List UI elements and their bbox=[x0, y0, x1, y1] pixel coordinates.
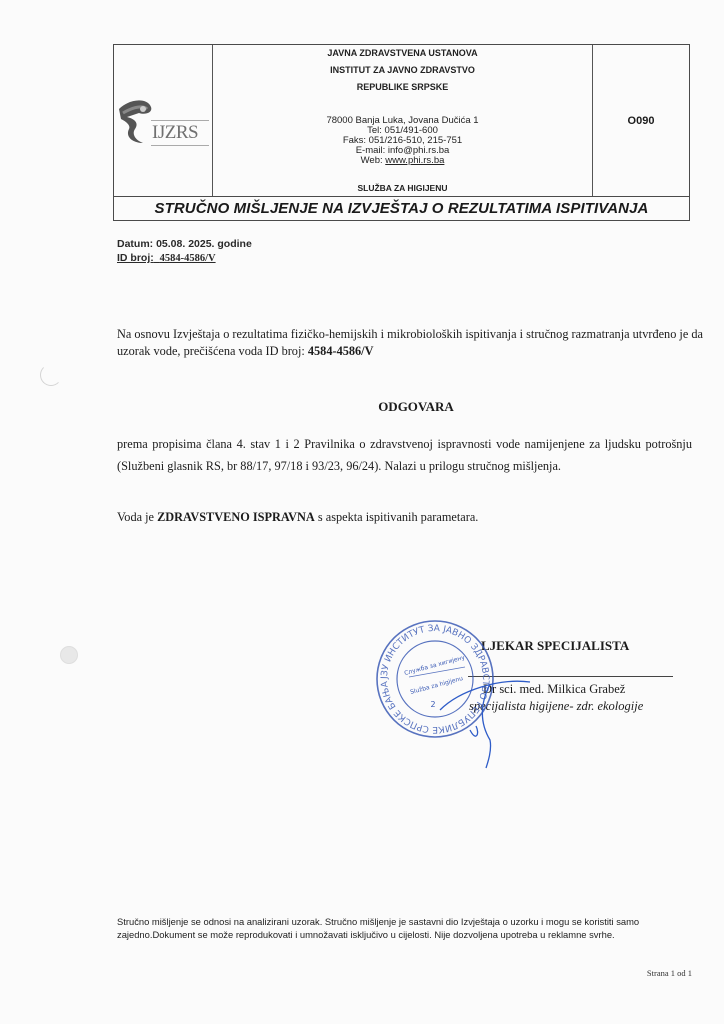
handwritten-signature-icon bbox=[430, 670, 540, 770]
punch-hole-mark bbox=[40, 364, 62, 386]
org-name-line2: INSTITUT ZA JAVNO ZDRAVSTVO bbox=[213, 65, 592, 75]
signatory-title: LJEKAR SPECIJALISTA bbox=[481, 638, 629, 654]
document-date: Datum: 05.08. 2025. godine bbox=[117, 237, 252, 251]
verdict: ODGOVARA bbox=[0, 399, 724, 415]
sample-id: 4584-4586/V bbox=[308, 344, 374, 358]
regulation-paragraph: prema propisima člana 4. stav 1 i 2 Prav… bbox=[117, 433, 692, 477]
document-id-value: 4584-4586/V bbox=[160, 253, 216, 264]
website: Web: www.phi.rs.ba bbox=[213, 156, 592, 166]
conclusion-paragraph: Voda je ZDRAVSTVENO ISPRAVNA s aspekta i… bbox=[117, 510, 478, 525]
footer-disclaimer: Stručno mišljenje se odnosi na analizira… bbox=[117, 916, 697, 941]
punch-hole-mark bbox=[60, 646, 78, 664]
document-title: STRUČNO MIŠLJENJE NA IZVJEŠTAJ O REZULTA… bbox=[114, 197, 689, 220]
org-name-line1: JAVNA ZDRAVSTVENA USTANOVA bbox=[213, 48, 592, 58]
page-number: Strana 1 od 1 bbox=[647, 968, 692, 978]
org-name-line3: REPUBLIKE SRPSKE bbox=[213, 82, 592, 92]
form-code: O090 bbox=[593, 45, 689, 196]
ijzrs-logo-icon bbox=[117, 97, 157, 145]
document-id: ID broj: 4584-4586/V bbox=[117, 251, 252, 266]
document-meta: Datum: 05.08. 2025. godine ID broj: 4584… bbox=[117, 237, 252, 266]
website-link[interactable]: www.phi.rs.ba bbox=[385, 155, 444, 166]
document-header: IJZRS JAVNA ZDRAVSTVENA USTANOVA INSTITU… bbox=[113, 44, 690, 221]
logo-text: IJZRS bbox=[152, 122, 198, 144]
service-name: SLUŽBA ZA HIGIJENU bbox=[213, 183, 592, 193]
institute-logo: IJZRS bbox=[114, 45, 213, 196]
conclusion-status: ZDRAVSTVENO ISPRAVNA bbox=[157, 510, 315, 524]
intro-paragraph: Na osnovu Izvještaja o rezultatima fizič… bbox=[117, 326, 707, 359]
